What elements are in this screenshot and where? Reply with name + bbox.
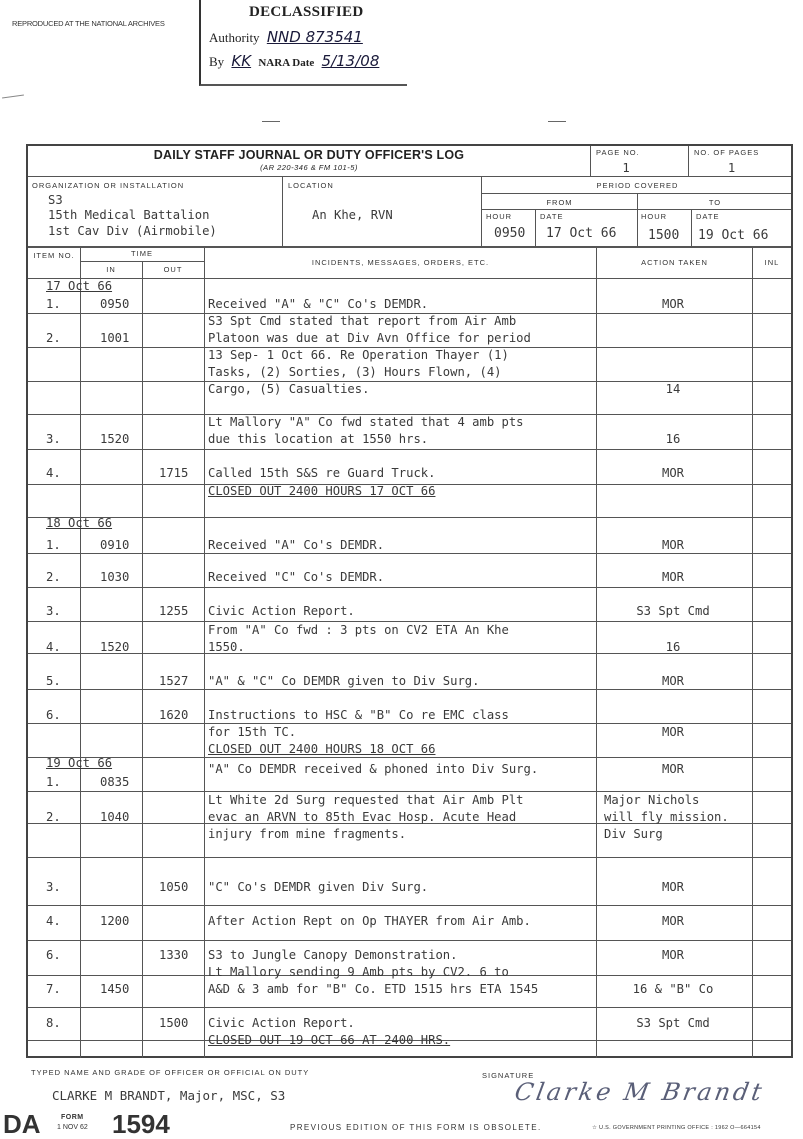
location-label: LOCATION <box>288 181 334 190</box>
page-no-divider <box>590 146 591 176</box>
incident-text: After Action Rept on Op THAYER from Air … <box>208 914 531 928</box>
row-rule <box>28 905 791 906</box>
to-date-label: DATE <box>696 212 719 221</box>
pages-divider <box>688 146 689 176</box>
period-covered-label: PERIOD COVERED <box>482 181 793 190</box>
item-number: 8. <box>46 1016 61 1030</box>
form-word: FORM <box>61 1114 84 1121</box>
period-divider <box>481 193 791 194</box>
authority-line: Authority NND 873541 <box>209 28 367 46</box>
incident-text: "A" Co DEMDR received & phoned into Div … <box>208 762 538 776</box>
declassified-heading: DECLASSIFIED <box>249 4 363 21</box>
incident-text: Received "A" Co's DEMDR. <box>208 538 384 552</box>
incident-text: Cargo, (5) Casualties. <box>208 382 369 396</box>
time-in: 0910 <box>100 538 129 552</box>
item-number: 2. <box>46 810 61 824</box>
time-in: 0950 <box>100 297 129 311</box>
time-in: 1200 <box>100 914 129 928</box>
date-heading: 18 Oct 66 <box>46 516 112 530</box>
time-in: 1040 <box>100 810 129 824</box>
form-number: 1594 <box>112 1111 170 1137</box>
action-taken: MOR <box>598 674 748 688</box>
col-inl: INL <box>752 258 792 267</box>
row-rule <box>28 1007 791 1008</box>
col-time: TIME <box>80 249 204 258</box>
action-taken: MOR <box>598 538 748 552</box>
item-number: 3. <box>46 880 61 894</box>
action-taken: MOR <box>598 914 748 928</box>
scan-mark <box>2 94 24 98</box>
row-rule <box>28 587 791 588</box>
to-hour-date-divider <box>691 209 692 246</box>
page-no-value: 1 <box>596 161 656 175</box>
org-line-1: S3 <box>48 193 63 207</box>
from-to-divider <box>481 209 791 210</box>
nara-date-label: NARA Date <box>258 57 314 69</box>
time-in: 1520 <box>100 640 129 654</box>
time-out: 1255 <box>159 604 188 618</box>
row-rule <box>28 621 791 622</box>
to-hour-label: HOUR <box>641 212 667 221</box>
time-out: 1500 <box>159 1016 188 1030</box>
item-number: 3. <box>46 604 61 618</box>
time-in: 0835 <box>100 775 129 789</box>
location-value: An Khe, RVN <box>312 208 393 222</box>
col-incidents: INCIDENTS, MESSAGES, ORDERS, ETC. <box>205 258 596 267</box>
col-item-no: ITEM NO. <box>28 250 80 261</box>
from-hour-value: 0950 <box>494 226 525 241</box>
form-title: DAILY STAFF JOURNAL OR DUTY OFFICER'S LO… <box>28 148 590 162</box>
date-heading: 17 Oct 66 <box>46 279 112 293</box>
by-initials: KK <box>227 52 255 70</box>
signature: Clarke M Brandt <box>513 1078 767 1106</box>
form-prefix: DA <box>3 1111 41 1137</box>
incident-text: "C" Co's DEMDR given Div Surg. <box>208 880 428 894</box>
row-rule <box>28 689 791 690</box>
item-number: 1. <box>46 775 61 789</box>
page-no-label: PAGE NO. <box>596 148 640 157</box>
time-in: 1450 <box>100 982 129 996</box>
action-taken: Div Surg <box>604 827 663 841</box>
from-date-label: DATE <box>540 212 563 221</box>
item-number: 5. <box>46 674 61 688</box>
time-out: 1620 <box>159 708 188 722</box>
closeout-entry: CLOSED OUT 2400 HOURS 18 OCT 66 <box>208 742 435 756</box>
action-taken: S3 Spt Cmd <box>598 1016 748 1030</box>
time-out: 1330 <box>159 948 188 962</box>
item-number: 1. <box>46 297 61 311</box>
col-time-in: IN <box>80 265 142 274</box>
col-action-taken: ACTION TAKEN <box>597 258 752 267</box>
time-subheader-divider <box>80 261 204 262</box>
header-divider <box>28 176 791 177</box>
incident-text: S3 Spt Cmd stated that report from Air A… <box>208 314 516 328</box>
by-line: By KK NARA Date 5/13/08 <box>209 52 383 70</box>
col-time-out: OUT <box>142 265 204 274</box>
item-number: 2. <box>46 570 61 584</box>
row-rule <box>28 553 791 554</box>
incident-text: Lt Mallory sending 9 Amb pts by CV2. 6 t… <box>208 965 509 979</box>
incident-text: Tasks, (2) Sorties, (3) Hours Flown, (4) <box>208 365 502 379</box>
action-taken: MOR <box>598 466 748 480</box>
from-label: FROM <box>482 198 637 207</box>
obsolete-note: PREVIOUS EDITION OF THIS FORM IS OBSOLET… <box>290 1123 542 1132</box>
item-number: 4. <box>46 914 61 928</box>
row-rule <box>28 857 791 858</box>
action-taken: MOR <box>598 297 748 311</box>
punch-mark-right <box>548 121 566 122</box>
time-out: 1050 <box>159 880 188 894</box>
action-taken: MOR <box>598 948 748 962</box>
incident-text: Received "A" & "C" Co's DEMDR. <box>208 297 428 311</box>
org-line-2: 15th Medical Battalion <box>48 208 209 222</box>
item-number: 4. <box>46 466 61 480</box>
nara-date-value: 5/13/08 <box>318 52 384 70</box>
action-taken: 16 & "B" Co <box>598 982 748 996</box>
column-header-bottom <box>28 278 791 279</box>
incident-text: 1550. <box>208 640 245 654</box>
declassification-stamp: DECLASSIFIED Authority NND 873541 By KK … <box>199 0 407 86</box>
column-header-top <box>28 246 791 248</box>
item-number: 3. <box>46 432 61 446</box>
form-date: 1 NOV 62 <box>57 1124 88 1131</box>
item-number: 1. <box>46 538 61 552</box>
archives-reproduction-note: REPRODUCED AT THE NATIONAL ARCHIVES <box>12 19 165 28</box>
item-number: 7. <box>46 982 61 996</box>
org-label: ORGANIZATION OR INSTALLATION <box>32 181 184 190</box>
officer-name: CLARKE M BRANDT, Major, MSC, S3 <box>52 1088 285 1103</box>
time-in: 1030 <box>100 570 129 584</box>
row-rule <box>28 757 791 758</box>
time-out: 1715 <box>159 466 188 480</box>
row-rule <box>28 517 791 518</box>
incident-text: Received "C" Co's DEMDR. <box>208 570 384 584</box>
action-taken: 16 <box>598 432 748 446</box>
incident-text: Instructions to HSC & "B" Co re EMC clas… <box>208 708 509 722</box>
item-number: 6. <box>46 708 61 722</box>
to-date-value: 19 Oct 66 <box>698 228 768 243</box>
incident-text: S3 to Jungle Canopy Demonstration. <box>208 948 457 962</box>
from-date-value: 17 Oct 66 <box>546 226 616 241</box>
row-rule <box>28 723 791 724</box>
incident-text: From "A" Co fwd : 3 pts on CV2 ETA An Kh… <box>208 623 509 637</box>
incident-text: Civic Action Report. <box>208 1016 355 1030</box>
action-taken: Major Nichols <box>604 793 699 807</box>
by-label: By <box>209 54 224 69</box>
row-rule <box>28 449 791 450</box>
from-hour-label: HOUR <box>486 212 512 221</box>
closeout-entry: CLOSED OUT 19 OCT 66 AT 2400 HRS. <box>208 1033 450 1047</box>
row-rule <box>28 791 791 792</box>
officer-label: TYPED NAME AND GRADE OF OFFICER OR OFFIC… <box>31 1068 309 1077</box>
action-taken: 16 <box>598 640 748 654</box>
action-taken: MOR <box>598 570 748 584</box>
item-number: 6. <box>46 948 61 962</box>
org-line-3: 1st Cav Div (Airmobile) <box>48 224 217 238</box>
time-in: 1520 <box>100 432 129 446</box>
incident-text: injury from mine fragments. <box>208 827 406 841</box>
org-location-divider <box>282 177 283 246</box>
action-taken: S3 Spt Cmd <box>598 604 748 618</box>
closeout-entry: CLOSED OUT 2400 HOURS 17 OCT 66 <box>208 484 435 498</box>
incident-text: Lt Mallory "A" Co fwd stated that 4 amb … <box>208 415 524 429</box>
time-out: 1527 <box>159 674 188 688</box>
no-of-pages-label: NO. OF PAGES <box>694 148 759 157</box>
incident-text: due this location at 1550 hrs. <box>208 432 428 446</box>
date-heading: 19 Oct 66 <box>46 756 112 770</box>
to-label: TO <box>637 198 793 207</box>
action-taken: MOR <box>598 762 748 776</box>
incident-text: Platoon was due at Div Avn Office for pe… <box>208 331 531 345</box>
incident-text: for 15th TC. <box>208 725 296 739</box>
action-taken: 14 <box>598 382 748 396</box>
action-taken: MOR <box>598 880 748 894</box>
to-hour-value: 1500 <box>648 228 679 243</box>
no-of-pages-value: 1 <box>694 161 769 175</box>
authority-label: Authority <box>209 30 260 45</box>
incident-text: evac an ARVN to 85th Evac Hosp. Acute He… <box>208 810 516 824</box>
action-taken: will fly mission. <box>604 810 729 824</box>
incident-text: A&D & 3 amb for "B" Co. ETD 1515 hrs ETA… <box>208 982 538 996</box>
action-taken: MOR <box>598 725 748 739</box>
printing-office-note: ☆ U.S. GOVERNMENT PRINTING OFFICE : 1962… <box>592 1125 761 1131</box>
from-hour-date-divider <box>535 209 536 246</box>
incident-text: Lt White 2d Surg requested that Air Amb … <box>208 793 524 807</box>
incident-text: Civic Action Report. <box>208 604 355 618</box>
incident-text: "A" & "C" Co DEMDR given to Div Surg. <box>208 674 480 688</box>
punch-mark-left <box>262 121 280 122</box>
incident-text: 13 Sep- 1 Oct 66. Re Operation Thayer (1… <box>208 348 509 362</box>
incident-text: Called 15th S&S re Guard Truck. <box>208 466 435 480</box>
form-subtitle: (AR 220-346 & FM 101-5) <box>28 163 590 172</box>
time-in: 1001 <box>100 331 129 345</box>
item-number: 2. <box>46 331 61 345</box>
item-number: 4. <box>46 640 61 654</box>
row-rule <box>28 940 791 941</box>
authority-value: NND 873541 <box>263 28 367 46</box>
